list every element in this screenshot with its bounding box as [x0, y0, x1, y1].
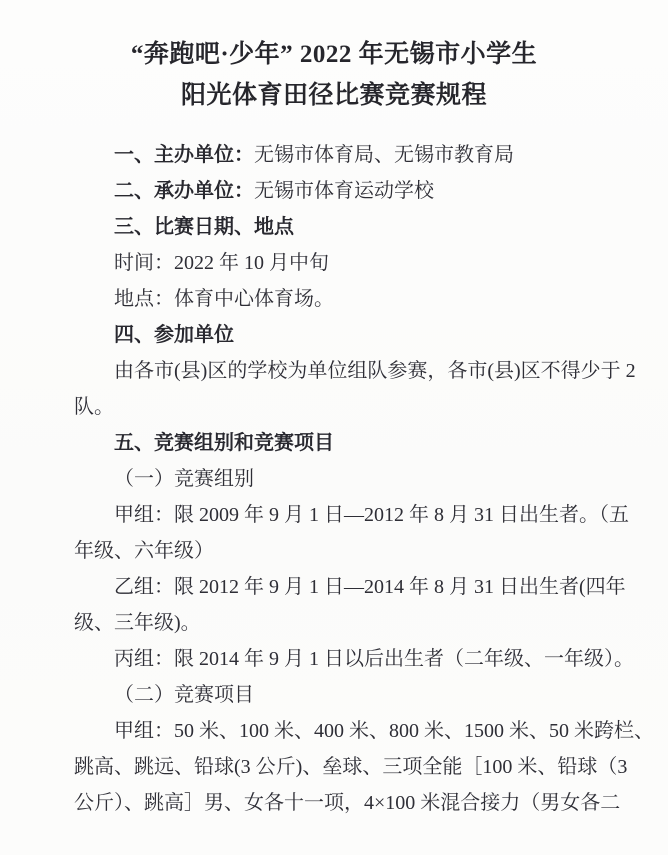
para-participants-line-1: 由各市(县)区的学校为单位组队参赛，各市(县)区不得少于 2 [74, 353, 598, 389]
para-group-a-events-line-2: 跳高、跳远、铅球(3 公斤)、垒球、三项全能［100 米、铅球（3 [74, 749, 598, 785]
line-group-c: 丙组：限 2014 年 9 月 1 日以后出生者（二年级、一年级）。 [74, 641, 598, 677]
participants-text-1: 由各市(县)区的学校为单位组队参赛，各市(县)区不得少于 2 [114, 360, 636, 382]
document-title: “奔跑吧·少年” 2022 年无锡市小学生 阳光体育田径比赛竞赛规程 [0, 0, 668, 116]
time-text: 时间：2022 年 10 月中旬 [114, 252, 329, 274]
group-c-text: 丙组：限 2014 年 9 月 1 日以后出生者（二年级、一年级）。 [114, 648, 634, 670]
para-group-a-events-line-3: 公斤）、跳高］男、女各十一项，4×100 米混合接力（男女各二 [74, 785, 598, 821]
group-a-events-text-3: 公斤）、跳高］男、女各十一项，4×100 米混合接力（男女各二 [74, 792, 620, 814]
line-host-org: 一、主办单位：无锡市体育局、无锡市教育局 [74, 137, 598, 173]
group-b-text-2: 级、三年级)。 [74, 612, 201, 634]
group-b-text-1: 乙组：限 2012 年 9 月 1 日—2014 年 8 月 31 日出生者(四… [114, 576, 626, 598]
line-venue: 地点：体育中心体育场。 [74, 281, 598, 317]
para-participants-line-2: 队。 [74, 389, 598, 425]
heading-date-venue: 三、比赛日期、地点 [74, 209, 598, 245]
groups-events-heading-text: 五、竞赛组别和竞赛项目 [114, 432, 334, 454]
host-org-label: 一、主办单位： [114, 144, 254, 166]
competition-events-text: （二）竞赛项目 [114, 684, 254, 706]
heading-groups-events: 五、竞赛组别和竞赛项目 [74, 425, 598, 461]
group-a-events-text-2: 跳高、跳远、铅球(3 公斤)、垒球、三项全能［100 米、铅球（3 [74, 756, 627, 778]
participants-heading-text: 四、参加单位 [114, 324, 234, 346]
host-org-value: 无锡市体育局、无锡市教育局 [254, 144, 514, 166]
line-undertaker-org: 二、承办单位：无锡市体育运动学校 [74, 173, 598, 209]
group-a-text-2: 年级、六年级） [74, 540, 214, 562]
document-page: “奔跑吧·少年” 2022 年无锡市小学生 阳光体育田径比赛竞赛规程 一、主办单… [0, 0, 668, 855]
title-line-2: 阳光体育田径比赛竞赛规程 [0, 75, 668, 116]
line-group-a-line-2: 年级、六年级） [74, 533, 598, 569]
date-venue-heading-text: 三、比赛日期、地点 [114, 216, 294, 238]
subheading-competition-groups: （一）竞赛组别 [74, 461, 598, 497]
line-group-a-line-1: 甲组：限 2009 年 9 月 1 日—2012 年 8 月 31 日出生者。（… [74, 497, 598, 533]
line-group-b-line-1: 乙组：限 2012 年 9 月 1 日—2014 年 8 月 31 日出生者(四… [74, 569, 598, 605]
subheading-competition-events: （二）竞赛项目 [74, 677, 598, 713]
group-a-text-1: 甲组：限 2009 年 9 月 1 日—2012 年 8 月 31 日出生者。（… [114, 504, 629, 526]
line-time: 时间：2022 年 10 月中旬 [74, 245, 598, 281]
group-a-events-text-1: 甲组：50 米、100 米、400 米、800 米、1500 米、50 米跨栏、 [114, 720, 654, 742]
competition-groups-text: （一）竞赛组别 [114, 468, 254, 490]
undertaker-org-label: 二、承办单位： [114, 180, 254, 202]
para-group-a-events-line-1: 甲组：50 米、100 米、400 米、800 米、1500 米、50 米跨栏、 [74, 713, 598, 749]
title-line-1: “奔跑吧·少年” 2022 年无锡市小学生 [0, 34, 668, 75]
venue-text: 地点：体育中心体育场。 [114, 288, 334, 310]
heading-participants: 四、参加单位 [74, 317, 598, 353]
participants-text-2: 队。 [74, 396, 114, 418]
document-body: 一、主办单位：无锡市体育局、无锡市教育局 二、承办单位：无锡市体育运动学校 三、… [0, 137, 668, 821]
line-group-b-line-2: 级、三年级)。 [74, 605, 598, 641]
undertaker-org-value: 无锡市体育运动学校 [254, 180, 434, 202]
